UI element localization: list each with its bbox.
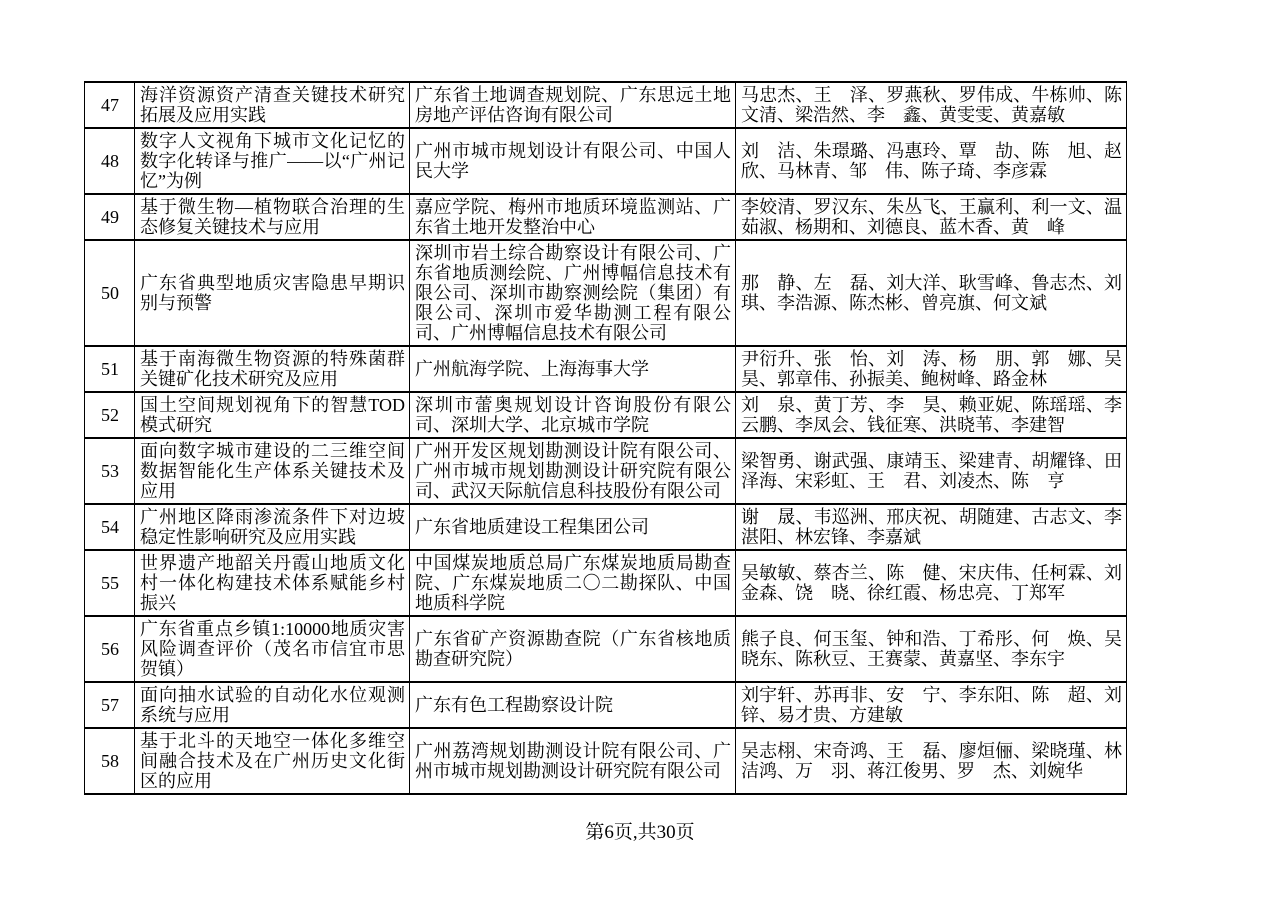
organizations-cell: 深圳市岩土综合勘察设计有限公司、广东省地质测绘院、广州博幅信息技术有限公司、深圳…: [410, 240, 736, 346]
participants-cell: 谢 晟、韦巡洲、邢庆祝、胡随建、古志文、李湛阳、林宏锋、李嘉斌: [736, 504, 1127, 550]
table-row: 54 广州地区降雨渗流条件下对边坡稳定性影响研究及应用实践 广东省地质建设工程集…: [85, 504, 1127, 550]
organizations-cell: 广州荔湾规划勘测设计院有限公司、广州市城市规划勘测设计研究院有限公司: [410, 728, 736, 794]
table-row: 47 海洋资源资产清查关键技术研究拓展及应用实践 广东省土地调查规划院、广东思远…: [85, 82, 1127, 128]
table-row: 48 数字人文视角下城市文化记忆的数字化转译与推广——以“广州记忆”为例 广州市…: [85, 128, 1127, 194]
document-page: 47 海洋资源资产清查关键技术研究拓展及应用实践 广东省土地调查规划院、广东思远…: [0, 0, 1280, 905]
row-number-cell: 57: [85, 682, 135, 728]
row-number-cell: 55: [85, 550, 135, 616]
project-title-cell: 数字人文视角下城市文化记忆的数字化转译与推广——以“广州记忆”为例: [135, 128, 410, 194]
row-number-cell: 58: [85, 728, 135, 794]
organizations-cell: 深圳市蕾奥规划设计咨询股份有限公司、深圳大学、北京城市学院: [410, 392, 736, 438]
project-title-cell: 国土空间规划视角下的智慧TOD模式研究: [135, 392, 410, 438]
participants-cell: 刘 洁、朱璟璐、冯惠玲、覃 劼、陈 旭、赵欣、马林青、邹 伟、陈子琦、李彦霖: [736, 128, 1127, 194]
row-number-cell: 48: [85, 128, 135, 194]
page-number-footer: 第6页,共30页: [0, 822, 1280, 844]
row-number-cell: 53: [85, 438, 135, 504]
organizations-cell: 广东省地质建设工程集团公司: [410, 504, 736, 550]
row-number-cell: 52: [85, 392, 135, 438]
participants-cell: 马忠杰、王 泽、罗燕秋、罗伟成、牛栋帅、陈文清、梁浩然、李 鑫、黄雯雯、黄嘉敏: [736, 82, 1127, 128]
organizations-cell: 广东有色工程勘察设计院: [410, 682, 736, 728]
row-number-cell: 54: [85, 504, 135, 550]
participants-cell: 李姣清、罗汉东、朱丛飞、王赢利、利一文、温茹淑、杨期和、刘德良、蓝木香、黄 峰: [736, 194, 1127, 240]
organizations-cell: 中国煤炭地质总局广东煤炭地质局勘查院、广东煤炭地质二〇二勘探队、中国地质科学院: [410, 550, 736, 616]
project-title-cell: 基于微生物—植物联合治理的生态修复关键技术与应用: [135, 194, 410, 240]
project-title-cell: 世界遗产地韶关丹霞山地质文化村一体化构建技术体系赋能乡村振兴: [135, 550, 410, 616]
table-row: 53 面向数字城市建设的二三维空间数据智能化生产体系关键技术及应用 广州开发区规…: [85, 438, 1127, 504]
project-title-cell: 广州地区降雨渗流条件下对边坡稳定性影响研究及应用实践: [135, 504, 410, 550]
participants-cell: 吴志栩、宋奇鸿、王 磊、廖烜俪、梁晓瑾、林洁鸿、万 羽、蒋江俊男、罗 杰、刘婉华: [736, 728, 1127, 794]
participants-cell: 刘 泉、黄丁芳、李 昊、赖亚妮、陈瑶瑶、李云鹏、李凤会、钱征寒、洪晓苇、李建智: [736, 392, 1127, 438]
row-number-cell: 56: [85, 616, 135, 682]
participants-cell: 吴敏敏、蔡杏兰、陈 健、宋庆伟、任柯霖、刘金森、饶 晓、徐红霞、杨忠亮、丁郑军: [736, 550, 1127, 616]
participants-cell: 那 静、左 磊、刘大洋、耿雪峰、鲁志杰、刘琪、李浩源、陈杰彬、曾亮旗、何文斌: [736, 240, 1127, 346]
table-row: 58 基于北斗的天地空一体化多维空间融合技术及在广州历史文化街区的应用 广州荔湾…: [85, 728, 1127, 794]
row-number-cell: 50: [85, 240, 135, 346]
project-title-cell: 广东省典型地质灾害隐患早期识别与预警: [135, 240, 410, 346]
organizations-cell: 广州开发区规划勘测设计院有限公司、广州市城市规划勘测设计研究院有限公司、武汉天际…: [410, 438, 736, 504]
project-title-cell: 基于北斗的天地空一体化多维空间融合技术及在广州历史文化街区的应用: [135, 728, 410, 794]
organizations-cell: 广东省土地调查规划院、广东思远土地房地产评估咨询有限公司: [410, 82, 736, 128]
project-title-cell: 面向数字城市建设的二三维空间数据智能化生产体系关键技术及应用: [135, 438, 410, 504]
row-number-cell: 47: [85, 82, 135, 128]
project-title-cell: 基于南海微生物资源的特殊菌群关键矿化技术研究及应用: [135, 346, 410, 392]
participants-cell: 刘宇轩、苏再非、安 宁、李东阳、陈 超、刘锌、易才贵、方建敏: [736, 682, 1127, 728]
table-row: 55 世界遗产地韶关丹霞山地质文化村一体化构建技术体系赋能乡村振兴 中国煤炭地质…: [85, 550, 1127, 616]
participants-cell: 熊子良、何玉玺、钟和浩、丁希彤、何 焕、吴晓东、陈秋豆、王赛蒙、黄嘉坚、李东宇: [736, 616, 1127, 682]
participants-cell: 尹衍升、张 怡、刘 涛、杨 朋、郭 娜、吴昊、郭章伟、孙振美、鲍树峰、路金林: [736, 346, 1127, 392]
project-title-cell: 广东省重点乡镇1:10000地质灾害风险调查评价（茂名市信宜市思贺镇）: [135, 616, 410, 682]
organizations-cell: 嘉应学院、梅州市地质环境监测站、广东省土地开发整治中心: [410, 194, 736, 240]
project-title-cell: 面向抽水试验的自动化水位观测系统与应用: [135, 682, 410, 728]
row-number-cell: 51: [85, 346, 135, 392]
organizations-cell: 广东省矿产资源勘查院（广东省核地质勘查研究院）: [410, 616, 736, 682]
organizations-cell: 广州市城市规划设计有限公司、中国人民大学: [410, 128, 736, 194]
project-title-cell: 海洋资源资产清查关键技术研究拓展及应用实践: [135, 82, 410, 128]
table-row: 51 基于南海微生物资源的特殊菌群关键矿化技术研究及应用 广州航海学院、上海海事…: [85, 346, 1127, 392]
table-row: 50 广东省典型地质灾害隐患早期识别与预警 深圳市岩土综合勘察设计有限公司、广东…: [85, 240, 1127, 346]
organizations-cell: 广州航海学院、上海海事大学: [410, 346, 736, 392]
projects-table: 47 海洋资源资产清查关键技术研究拓展及应用实践 广东省土地调查规划院、广东思远…: [84, 81, 1127, 795]
table-row: 49 基于微生物—植物联合治理的生态修复关键技术与应用 嘉应学院、梅州市地质环境…: [85, 194, 1127, 240]
participants-cell: 梁智勇、谢武强、康靖玉、梁建青、胡耀锋、田泽海、宋彩虹、王 君、刘凌杰、陈 亨: [736, 438, 1127, 504]
table-row: 56 广东省重点乡镇1:10000地质灾害风险调查评价（茂名市信宜市思贺镇） 广…: [85, 616, 1127, 682]
table-row: 52 国土空间规划视角下的智慧TOD模式研究 深圳市蕾奥规划设计咨询股份有限公司…: [85, 392, 1127, 438]
table-row: 57 面向抽水试验的自动化水位观测系统与应用 广东有色工程勘察设计院 刘宇轩、苏…: [85, 682, 1127, 728]
row-number-cell: 49: [85, 194, 135, 240]
